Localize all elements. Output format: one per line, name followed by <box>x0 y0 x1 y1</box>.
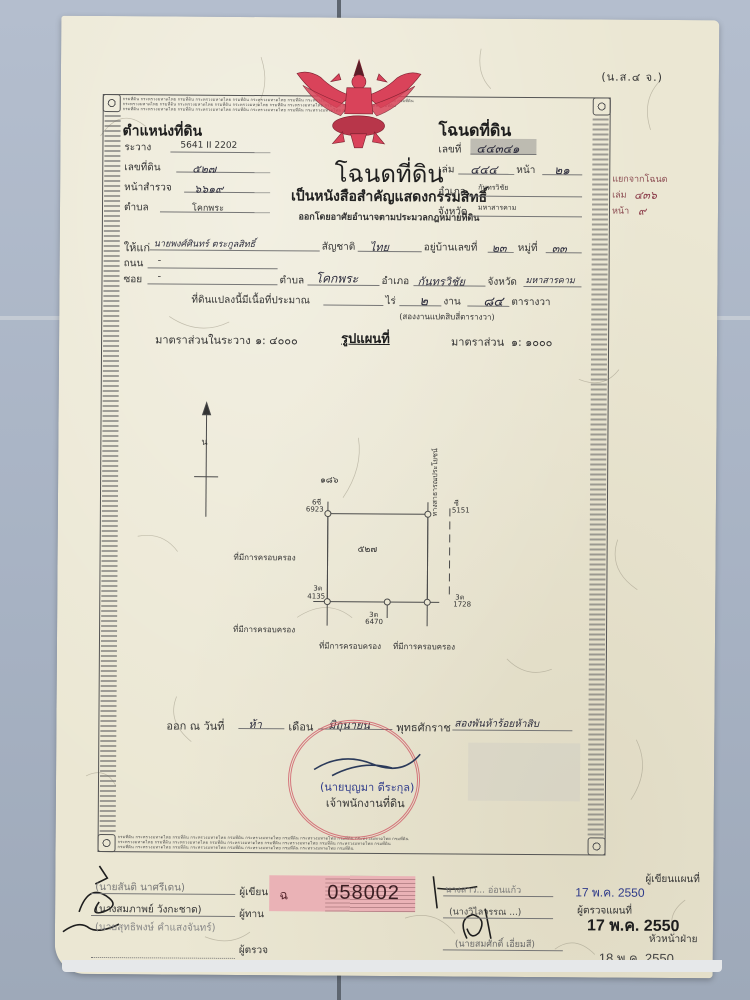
owner-nationality-value: ไทย <box>370 238 389 256</box>
owner-name-value: นายพงศ์ศินทร์ ตระกูลสิทธิ์ <box>154 236 256 251</box>
officer-title: เจ้าพนักงานที่ดิน <box>326 794 405 813</box>
owner-to-label: ให้แก่ <box>124 238 151 256</box>
field-underline <box>358 240 422 252</box>
deed-number-label: เลขที่ <box>438 142 461 157</box>
deed-book-label: เล่ม <box>438 162 454 177</box>
field-underline <box>443 884 553 897</box>
neighbor-label-southwest: ที่มีการครอบครอง <box>233 623 295 636</box>
serial-number-box: ฉ 058002 <box>269 875 415 912</box>
area-ngan-value: ๒ <box>419 290 428 311</box>
issued-day-value: ห้า <box>248 715 262 733</box>
owner-soi-value: - <box>157 271 161 282</box>
owner-house-no-value: ๒๓ <box>492 239 507 257</box>
field-value-map-sheet: 5641 II 2202 <box>180 141 237 151</box>
area-lead-label: ที่ดินแปลงนี้มีเนื้อที่ประมาณ <box>191 293 310 309</box>
land-title-deed: (น.ส.๔ จ.) กรมที่ดิน กระทรวงมหาดไทย กรมท… <box>55 16 720 979</box>
area-rai-label: ไร่ <box>385 294 396 309</box>
serial-prefix: ฉ <box>279 884 288 905</box>
issued-year-label: พุทธศักราช <box>396 718 451 736</box>
field-underline <box>91 946 235 959</box>
split-page-value: ๙ <box>638 202 646 220</box>
marker-6923-num: 6923 <box>306 505 324 513</box>
public-road-label: ทางสาธารณประโยชน์ <box>430 448 441 516</box>
field-underline <box>323 294 383 306</box>
deed-book-value: ๔๔๔ <box>470 161 497 180</box>
field-underline <box>148 256 278 269</box>
owner-district-label: อำเภอ <box>381 274 409 289</box>
issued-month-label: เดือน <box>288 717 313 735</box>
form-code: (น.ส.๔ จ.) <box>601 67 663 85</box>
owner-soi-label: ซอย <box>123 272 142 287</box>
date-stamp-black-top: 17 พ.ค. 2550 <box>587 913 680 939</box>
map-top-label: ๑๘๖ <box>320 473 338 487</box>
deed-page-label: หน้า <box>516 163 535 178</box>
corner-ornament-icon <box>593 97 611 115</box>
map-heading: รูปแผนที่ <box>341 328 390 349</box>
split-book-label: เล่ม <box>612 188 627 202</box>
deed-province-label: จังหวัด <box>438 204 468 219</box>
split-page-label: หน้า <box>612 204 629 218</box>
owner-subdistrict-value: โคกพระ <box>315 269 358 288</box>
field-underline <box>91 904 235 917</box>
owner-village-value: ๓๓ <box>552 239 567 257</box>
field-underline <box>443 938 563 951</box>
parcel-number-label: ๕๒๗ <box>358 542 378 556</box>
marker-5151-num: 5151 <box>452 506 470 514</box>
checker-role: ผู้ตรวจ <box>239 943 268 958</box>
owner-province-label: จังหวัด <box>487 275 517 290</box>
field-underline <box>91 882 235 895</box>
neighbor-label-south-2: ที่มีการครอบครอง <box>393 640 455 653</box>
scale-on-sheet-label: มาตราส่วนในระวาง <box>155 330 251 349</box>
deed-page-value: ๒๑ <box>554 161 570 180</box>
checker-name: (นายสุทธิพงษ์ คำแสงจันทร์) <box>95 920 216 936</box>
scale-label: มาตราส่วน <box>451 332 504 350</box>
area-text: (สองงานแปดสิบสี่ตารางวา) <box>399 310 494 324</box>
date-stamp-blue: 17 พ.ค. 2550 <box>575 883 644 902</box>
map-writer-role: ผู้เขียนแผนที่ <box>645 872 700 887</box>
owner-road-label: ถนน <box>124 256 144 271</box>
garuda-emblem-icon <box>292 55 425 154</box>
reader-role: ผู้ทาน <box>239 907 264 922</box>
faded-stamp-area <box>468 743 580 802</box>
marker-6470-num: 6470 <box>365 618 383 626</box>
split-from-header: แยกจากโฉนด <box>612 172 667 186</box>
issued-date-label: ออก ณ วันที่ <box>166 716 224 734</box>
serial-number: 058002 <box>327 882 400 906</box>
field-underline <box>147 272 277 285</box>
owner-house-no-label: อยู่บ้านเลขที่ <box>424 240 478 255</box>
owner-village-label: หมู่ที่ <box>518 241 538 256</box>
corner-ornament-icon <box>98 834 116 852</box>
north-label: น <box>201 435 207 449</box>
marker-4135-num: 4135 <box>307 592 325 600</box>
area-wa-value: ๘๔ <box>483 291 503 312</box>
scale-value: ๑: ๑๐๐๐ <box>511 333 552 351</box>
owner-subdistrict-label: ตำบล <box>279 273 304 288</box>
corner-ornament-icon <box>103 94 121 112</box>
field-underline <box>443 906 553 919</box>
neighbor-label-west: ที่มีการครอบครอง <box>234 551 296 564</box>
deed-district-label: อำเภอ <box>438 184 466 199</box>
owner-province-value: มหาสารคาม <box>525 273 574 287</box>
owner-nationality-label: สัญชาติ <box>322 240 356 255</box>
neighbor-label-south-1: ที่มีการครอบครอง <box>319 640 381 653</box>
officer-signature <box>312 741 422 782</box>
scale-on-sheet-value: ๑: ๔๐๐๐ <box>255 331 298 349</box>
area-ngan-label: งาน <box>443 294 460 309</box>
deed-number-value: ๔๔๓๔๑ <box>476 140 519 159</box>
area-wa-label: ตารางวา <box>511 295 550 310</box>
owner-district-value: กันทรวิชัย <box>417 272 465 290</box>
deed-province-value: มหาสารคาม <box>478 203 516 214</box>
corner-ornament-icon <box>588 837 606 855</box>
paper-underlay <box>62 960 722 972</box>
deed-district-value: กันทรวิชัย <box>478 183 508 194</box>
owner-road-value: - <box>158 255 162 266</box>
marker-1728-num: 1728 <box>453 600 471 608</box>
issued-year-value: สองพันห้าร้อยห้าสิบ <box>454 716 539 732</box>
writer-role: ผู้เขียน <box>239 885 268 900</box>
